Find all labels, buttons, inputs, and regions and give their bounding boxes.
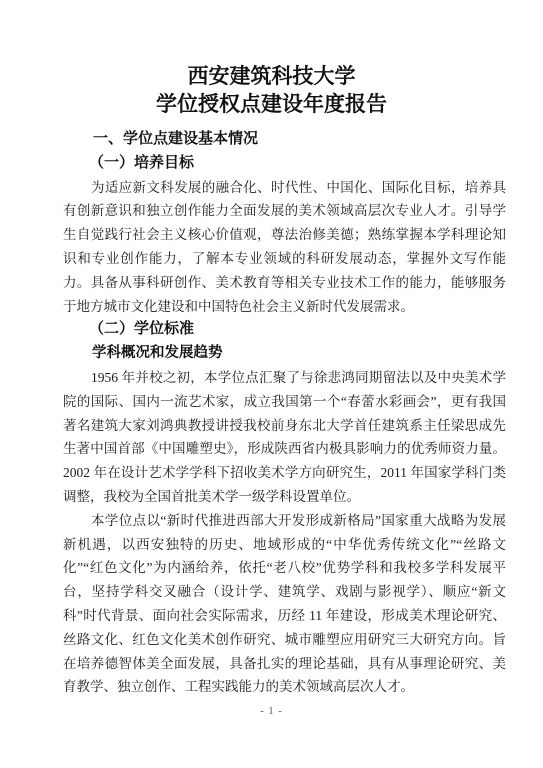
- paragraph-development-strategy: 本学位点以“新时代推进西部大开发形成新格局”国家重大战略为发展新机遇，以西安独特…: [63, 509, 506, 699]
- heading-discipline-overview: 学科概况和发展趋势: [63, 342, 506, 366]
- document-body: 一、学位点建设基本情况 （一）培养目标 为适应新文科发展的融合化、时代性、中国化…: [63, 128, 506, 699]
- document-title-line2: 学位授权点建设年度报告: [0, 90, 543, 118]
- document-title-line1: 西安建筑科技大学: [0, 62, 543, 90]
- heading-section-basic-situation: 一、学位点建设基本情况: [63, 128, 506, 152]
- document-title: 西安建筑科技大学 学位授权点建设年度报告: [0, 0, 543, 118]
- paragraph-training-objectives: 为适应新文科发展的融合化、时代性、中国化、国际化目标，培养具有创新意识和独立创作…: [63, 176, 506, 319]
- heading-degree-standards: （二）学位标准: [63, 318, 506, 342]
- heading-training-objectives: （一）培养目标: [63, 152, 506, 176]
- document-page: 西安建筑科技大学 学位授权点建设年度报告 一、学位点建设基本情况 （一）培养目标…: [0, 0, 543, 768]
- paragraph-discipline-history: 1956 年并校之初，本学位点汇聚了与徐悲鸿同期留法以及中央美术学院的国际、国内…: [63, 366, 506, 509]
- page-number: - 1 -: [0, 706, 543, 717]
